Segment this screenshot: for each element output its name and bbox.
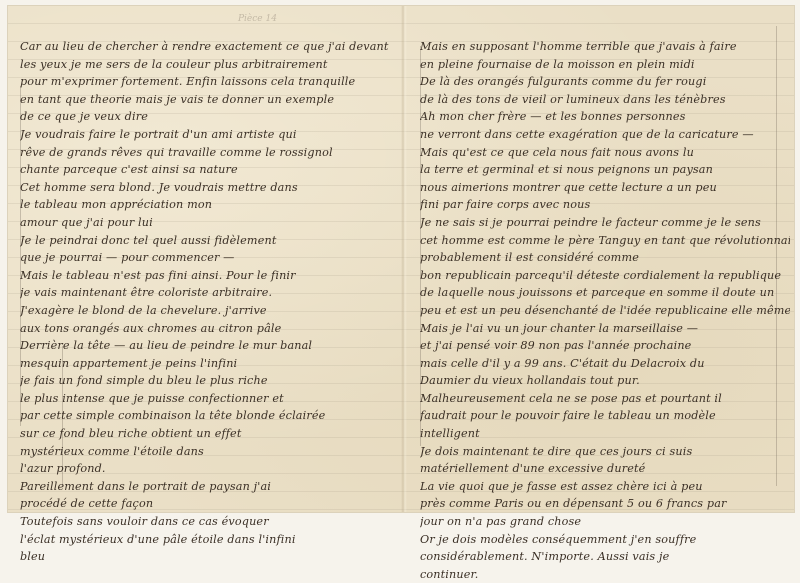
handwritten-line: mystérieux comme l'étoile dans: [20, 443, 390, 461]
handwritten-line: en pleine fournaise de la moisson en ple…: [420, 56, 790, 74]
handwritten-line: intelligent: [420, 425, 790, 443]
handwritten-line: Mais qu'est ce que cela nous fait nous a…: [420, 144, 790, 162]
handwritten-line: Toutefois sans vouloir dans ce cas évoqu…: [20, 513, 390, 520]
handwritten-line: faudrait pour le pouvoir faire le tablea…: [420, 407, 790, 425]
handwritten-line: fini par faire corps avec nous: [420, 196, 790, 214]
handwritten-line: Je dois maintenant te dire que ces jours…: [420, 443, 790, 461]
page-fold: [401, 6, 407, 512]
handwritten-line: l'azur profond.: [20, 460, 390, 478]
handwritten-line: mesquin appartement je peins l'infini: [20, 355, 390, 373]
handwritten-line: peu et est un peu désenchanté de l'idée …: [420, 302, 790, 320]
handwritten-line: rêve de grands rêves qui travaille comme…: [20, 144, 390, 162]
handwritten-line: les yeux je me sers de la couleur plus a…: [20, 56, 390, 74]
handwritten-line: je vais maintenant être coloriste arbitr…: [20, 284, 390, 302]
handwritten-line: en tant que theorie mais je vais te donn…: [20, 91, 390, 109]
handwritten-line: De là des orangés fulgurants comme du fe…: [420, 73, 790, 91]
handwritten-line: cet homme est comme le père Tanguy en ta…: [420, 232, 790, 250]
handwritten-line: Ah mon cher frère — et les bonnes person…: [420, 108, 790, 126]
handwritten-line: la terre et germinal et si nous peignons…: [420, 161, 790, 179]
handwritten-line: J'exagère le blond de la chevelure. j'ar…: [20, 302, 390, 320]
handwritten-line: et j'ai pensé voir 89 non pas l'année pr…: [420, 337, 790, 355]
handwritten-line: ne verront dans cette exagération que de…: [420, 126, 790, 144]
handwritten-line: matériellement d'une excessive dureté: [420, 460, 790, 478]
handwritten-line: chante parceque c'est ainsi sa nature: [20, 161, 390, 179]
handwritten-line: Je voudrais faire le portrait d'un ami a…: [20, 126, 390, 144]
handwritten-line: Derrière la tête — au lieu de peindre le…: [20, 337, 390, 355]
handwritten-line: Malheureusement cela ne se pose pas et p…: [420, 390, 790, 408]
handwritten-line: Je le peindrai donc tel quel aussi fidèl…: [20, 232, 390, 250]
handwritten-line: le plus intense que je puisse confection…: [20, 390, 390, 408]
handwritten-line: le tableau mon appréciation mon: [20, 196, 390, 214]
handwritten-line: bon republicain parcequ'il déteste cordi…: [420, 267, 790, 285]
handwritten-line: mais celle d'il y a 99 ans. C'était du D…: [420, 355, 790, 373]
handwritten-line: Car au lieu de chercher à rendre exactem…: [20, 38, 390, 56]
handwritten-line: de laquelle nous jouissons et parceque e…: [420, 284, 790, 302]
handwritten-line: que je pourrai — pour commencer —: [20, 249, 390, 267]
handwritten-line: amour que j'ai pour lui: [20, 214, 390, 232]
handwritten-line: de ce que je veux dire: [20, 108, 390, 126]
handwritten-line: de là des tons de vieil or lumineux dans…: [420, 91, 790, 109]
handwritten-line: aux tons orangés aux chromes au citron p…: [20, 320, 390, 338]
handwritten-line: Mais je l'ai vu un jour chanter la marse…: [420, 320, 790, 338]
handwritten-line: par cette simple combinaison la tête blo…: [20, 407, 390, 425]
handwritten-line: jour on n'a pas grand chose: [420, 513, 790, 520]
handwritten-line: La vie quoi que je fasse est assez chère…: [420, 478, 790, 496]
handwritten-line: pour m'exprimer fortement. Enfin laisson…: [20, 73, 390, 91]
handwritten-line: Cet homme sera blond. Je voudrais mettre…: [20, 179, 390, 197]
right-page: Mais en supposant l'homme terrible que j…: [420, 38, 790, 520]
handwritten-line: je fais un fond simple du bleu le plus r…: [20, 372, 390, 390]
handwritten-line: sur ce fond bleu riche obtient un effet: [20, 425, 390, 443]
handwritten-line: Mais le tableau n'est pas fini ainsi. Po…: [20, 267, 390, 285]
handwritten-line: Daumier du vieux hollandais tout pur.: [420, 372, 790, 390]
faint-page-header: Pièce 14: [238, 14, 277, 24]
handwritten-line: Pareillement dans le portrait de paysan …: [20, 478, 390, 496]
handwritten-line: près comme Paris ou en dépensant 5 ou 6 …: [420, 495, 790, 513]
handwritten-line: probablement il est considéré comme: [420, 249, 790, 267]
left-page: Car au lieu de chercher à rendre exactem…: [20, 38, 390, 520]
handwritten-line: nous aimerions montrer que cette lecture…: [420, 179, 790, 197]
handwritten-line: Je ne sais si je pourrai peindre le fact…: [420, 214, 790, 232]
handwritten-line: Mais en supposant l'homme terrible que j…: [420, 38, 790, 56]
handwritten-line: procédé de cette façon: [20, 495, 390, 513]
